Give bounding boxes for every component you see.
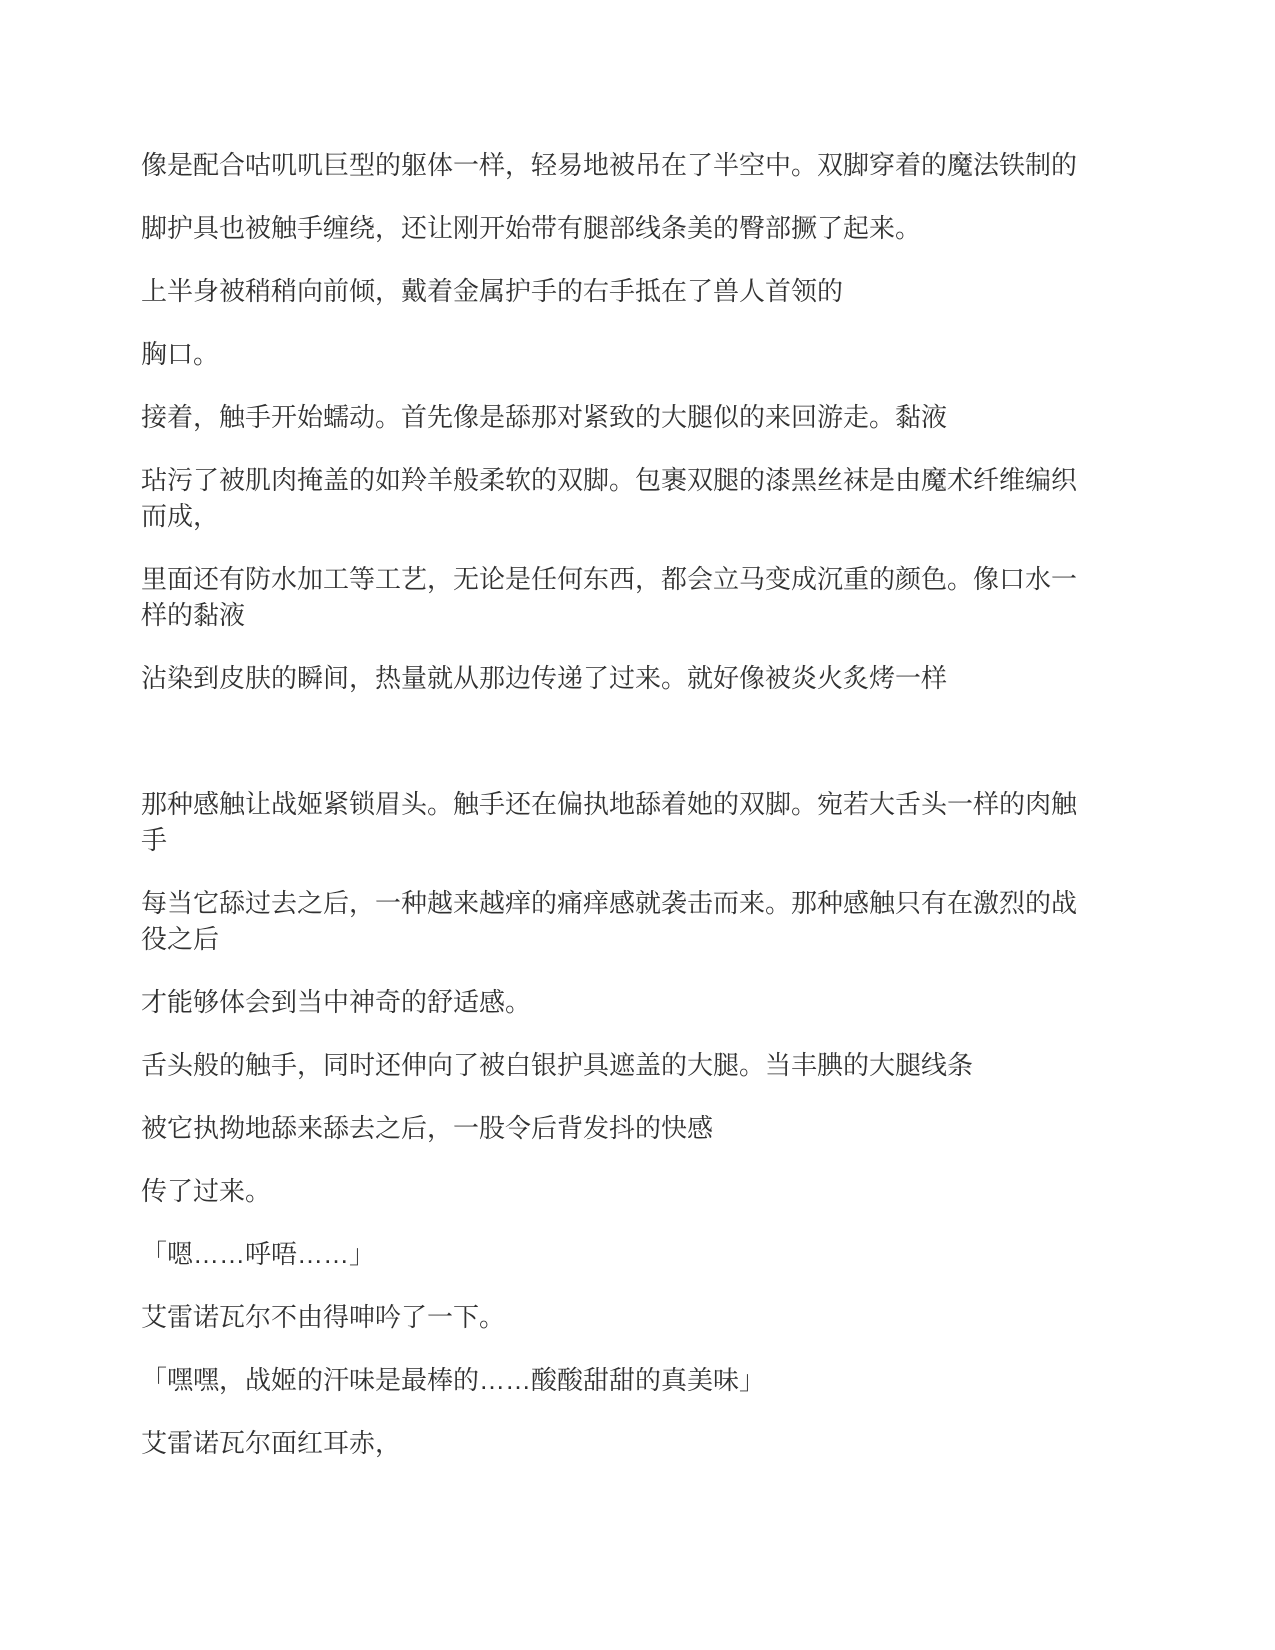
blank-line [141,723,1082,759]
paragraph: 「嘿嘿，战姬的汗味是最棒的……酸酸甜甜的真美味」 [141,1362,1082,1398]
paragraph: 上半身被稍稍向前倾，戴着金属护手的右手抵在了兽人首领的 [141,273,1082,309]
paragraph: 那种感触让战姬紧锁眉头。触手还在偏执地舔着她的双脚。宛若大舌头一样的肉触手 [141,786,1082,858]
paragraph: 接着，触手开始蠕动。首先像是舔那对紧致的大腿似的来回游走。黏液 [141,399,1082,435]
paragraph: 像是配合咕叽叽巨型的躯体一样，轻易地被吊在了半空中。双脚穿着的魔法铁制的 [141,147,1082,183]
paragraph: 艾雷诺瓦尔不由得呻吟了一下。 [141,1299,1082,1335]
paragraph: 脚护具也被触手缠绕，还让刚开始带有腿部线条美的臀部撅了起来。 [141,210,1082,246]
paragraph: 沾染到皮肤的瞬间，热量就从那边传递了过来。就好像被炎火炙烤一样 [141,660,1082,696]
text-content: 像是配合咕叽叽巨型的躯体一样，轻易地被吊在了半空中。双脚穿着的魔法铁制的脚护具也… [141,147,1082,1488]
paragraph: 胸口。 [141,336,1082,372]
paragraph: 每当它舔过去之后，一种越来越痒的痛痒感就袭击而来。那种感触只有在激烈的战役之后 [141,885,1082,957]
paragraph: 「嗯……呼唔……」 [141,1236,1082,1272]
paragraph: 玷污了被肌肉掩盖的如羚羊般柔软的双脚。包裹双腿的漆黑丝袜是由魔术纤维编织而成， [141,462,1082,534]
paragraph: 里面还有防水加工等工艺，无论是任何东西，都会立马变成沉重的颜色。像口水一样的黏液 [141,561,1082,633]
paragraph: 才能够体会到当中神奇的舒适感。 [141,984,1082,1020]
document-page: 像是配合咕叽叽巨型的躯体一样，轻易地被吊在了半空中。双脚穿着的魔法铁制的脚护具也… [0,0,1275,1650]
paragraph: 艾雷诺瓦尔面红耳赤， [141,1425,1082,1461]
paragraph: 被它执拗地舔来舔去之后，一股令后背发抖的快感 [141,1110,1082,1146]
paragraph: 传了过来。 [141,1173,1082,1209]
paragraph: 舌头般的触手，同时还伸向了被白银护具遮盖的大腿。当丰腆的大腿线条 [141,1047,1082,1083]
